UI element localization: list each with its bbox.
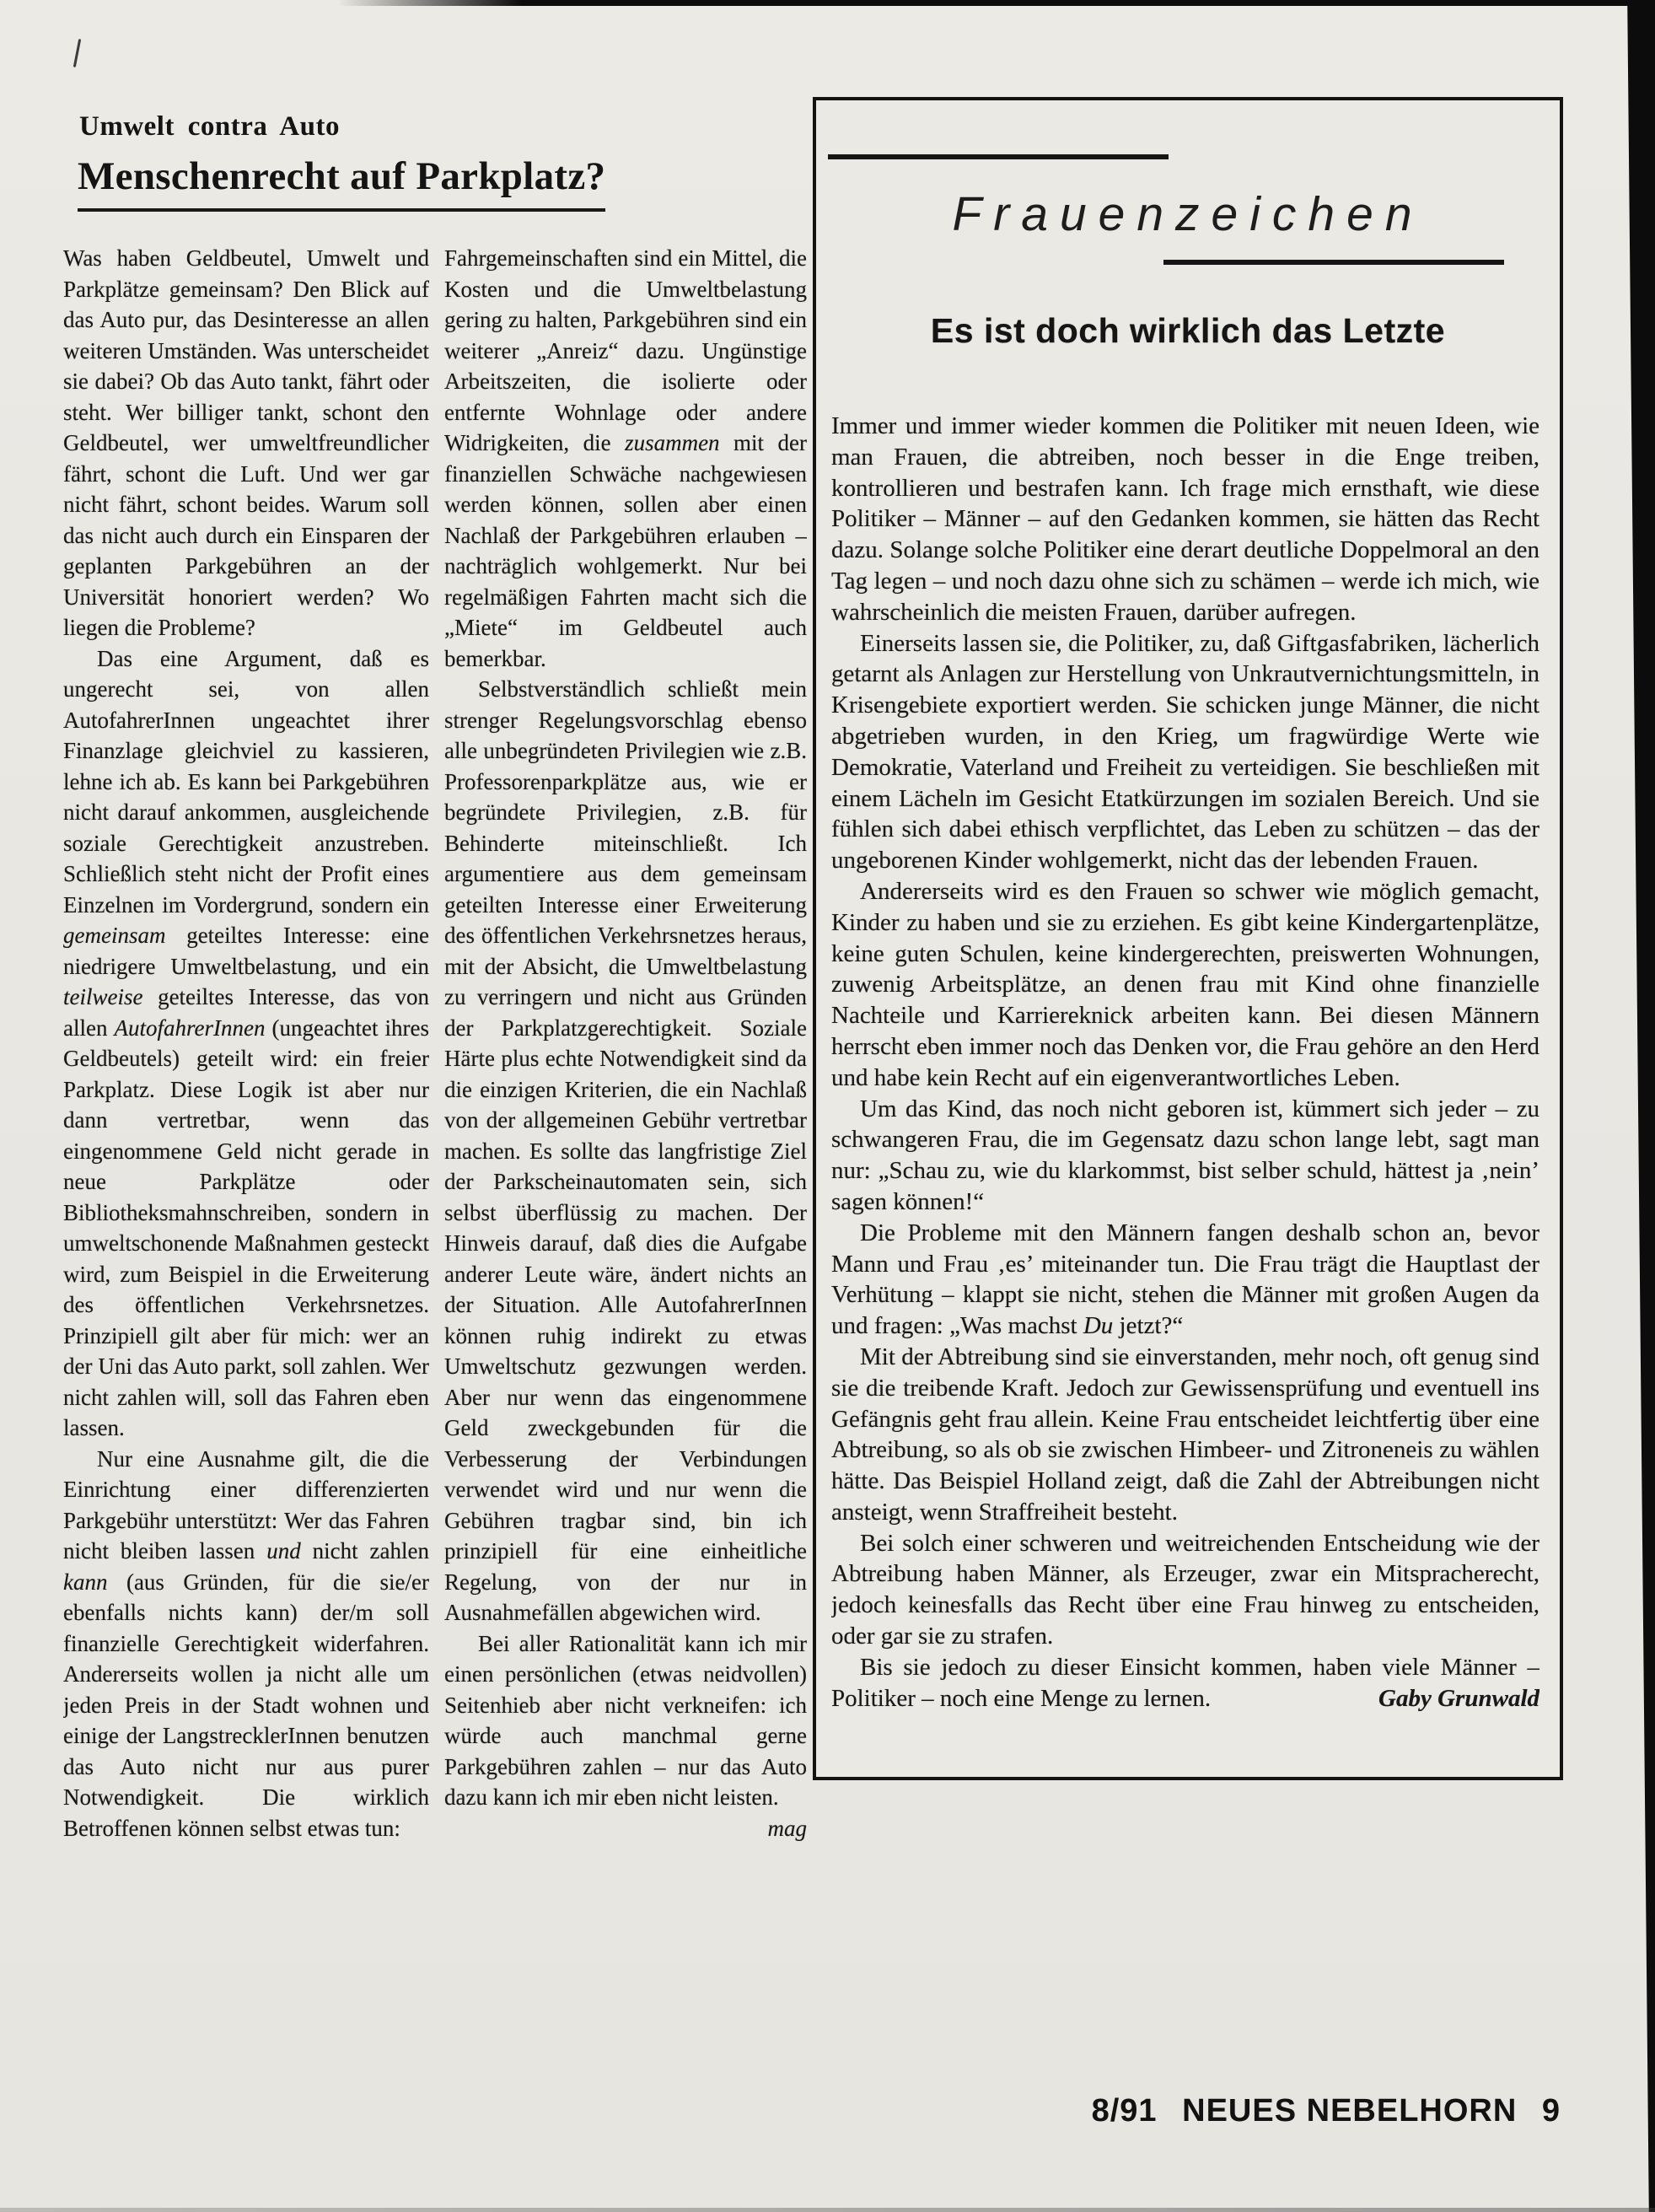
author-signature: Gaby Grunwald (1350, 1683, 1539, 1714)
paragraph: Andererseits wird es den Frauen so schwe… (831, 876, 1539, 1094)
paragraph: Was haben Geldbeutel, Umwelt und Parkplä… (63, 243, 429, 643)
article-column-1: Was haben Geldbeutel, Umwelt und Parkplä… (63, 243, 429, 1843)
emphasized-text: kann (63, 1569, 107, 1595)
body-text: (ungeachtet ihres Geldbeutels) geteilt w… (63, 1015, 429, 1441)
body-text: Die Probleme mit den Männern fangen desh… (831, 1219, 1539, 1339)
paragraph: Das eine Argument, daß es ungerecht sei,… (63, 643, 429, 1444)
article-headline: Menschenrecht auf Parkplatz? (78, 153, 605, 212)
body-text: Um das Kind, das noch nicht geboren ist,… (831, 1095, 1539, 1215)
body-text: Fahrgemeinschaften sind ein Mittel, die … (444, 245, 807, 455)
paragraph: Immer und immer wieder kommen die Politi… (831, 411, 1539, 628)
body-text: Was haben Geldbeutel, Umwelt und Parkplä… (63, 245, 429, 640)
paragraph: Bis sie jedoch zu dieser Einsicht kommen… (831, 1652, 1539, 1714)
paragraph: Selbstverständlich schließt mein strenge… (444, 674, 807, 1628)
rubric-title: Frauenzeichen (816, 186, 1560, 242)
body-text: mit der finanziellen Schwäche nachgewies… (444, 430, 807, 671)
magazine-name: NEUES NEBELHORN (1182, 2093, 1517, 2129)
body-text: Einerseits lassen sie, die Politiker, zu… (831, 630, 1539, 875)
body-text: jetzt?“ (1113, 1312, 1183, 1339)
paragraph: Nur eine Ausnahme gilt, die die Einricht… (63, 1444, 429, 1844)
article-kicker: Umwelt contra Auto (79, 111, 340, 143)
body-text: Bei solch einer schweren und weitreichen… (831, 1530, 1539, 1650)
boxed-article-body: Immer und immer wieder kommen die Politi… (831, 411, 1539, 1728)
emphasized-text: Du (1083, 1312, 1113, 1339)
author-signature: mag (734, 1813, 808, 1844)
paragraph: Fahrgemeinschaften sind ein Mittel, die … (444, 243, 807, 674)
scan-edge-top (337, 0, 1655, 6)
rubric-rule-top (828, 154, 1169, 159)
emphasized-text: und (266, 1538, 301, 1563)
paragraph: Bei solch einer schweren und weitreichen… (831, 1528, 1539, 1652)
body-text: Selbstverständlich schließt mein strenge… (444, 676, 807, 1625)
body-text: Immer und immer wieder kommen die Politi… (831, 412, 1539, 626)
paragraph: Mit der Abtreibung sind sie einverstande… (831, 1342, 1539, 1528)
rubric-rule-bottom (1163, 260, 1504, 265)
emphasized-text: zusammen (625, 430, 720, 455)
boxed-article-title: Es ist doch wirklich das Letzte (816, 311, 1560, 351)
scanned-magazine-page: Umwelt contra Auto Menschenrecht auf Par… (0, 0, 1655, 2212)
body-text: Bei aller Rationalität kann ich mir eine… (444, 1631, 807, 1811)
issue-number: 8/91 (1092, 2093, 1158, 2129)
emphasized-text: AutofahrerInnen (115, 1015, 266, 1041)
body-text: Mit der Abtreibung sind sie einverstande… (831, 1343, 1539, 1526)
body-text: Das eine Argument, daß es ungerecht sei,… (63, 646, 429, 918)
paragraph: Um das Kind, das noch nicht geboren ist,… (831, 1094, 1539, 1218)
emphasized-text: teilweise (63, 984, 142, 1009)
article-column-2: Fahrgemeinschaften sind ein Mittel, die … (444, 243, 807, 1843)
scan-edge-bottom (0, 2208, 1655, 2212)
paragraph: Einerseits lassen sie, die Politiker, zu… (831, 628, 1539, 876)
boxed-article: Frauenzeichen Es ist doch wirklich das L… (813, 97, 1563, 1780)
handwritten-mark (73, 39, 81, 67)
body-text: nicht zahlen (301, 1538, 429, 1563)
paragraph: Die Probleme mit den Männern fangen desh… (831, 1218, 1539, 1342)
scan-edge-right (1621, 0, 1655, 2212)
page-footer: 8/91 NEUES NEBELHORN 9 (1077, 2093, 1561, 2129)
body-text: Andererseits wird es den Frauen so schwe… (831, 878, 1539, 1091)
page-number: 9 (1542, 2093, 1561, 2129)
body-text: (aus Gründen, für die sie/er ebenfalls n… (63, 1569, 429, 1841)
emphasized-text: gemeinsam (63, 923, 165, 948)
paragraph: Bei aller Rationalität kann ich mir eine… (444, 1628, 807, 1813)
